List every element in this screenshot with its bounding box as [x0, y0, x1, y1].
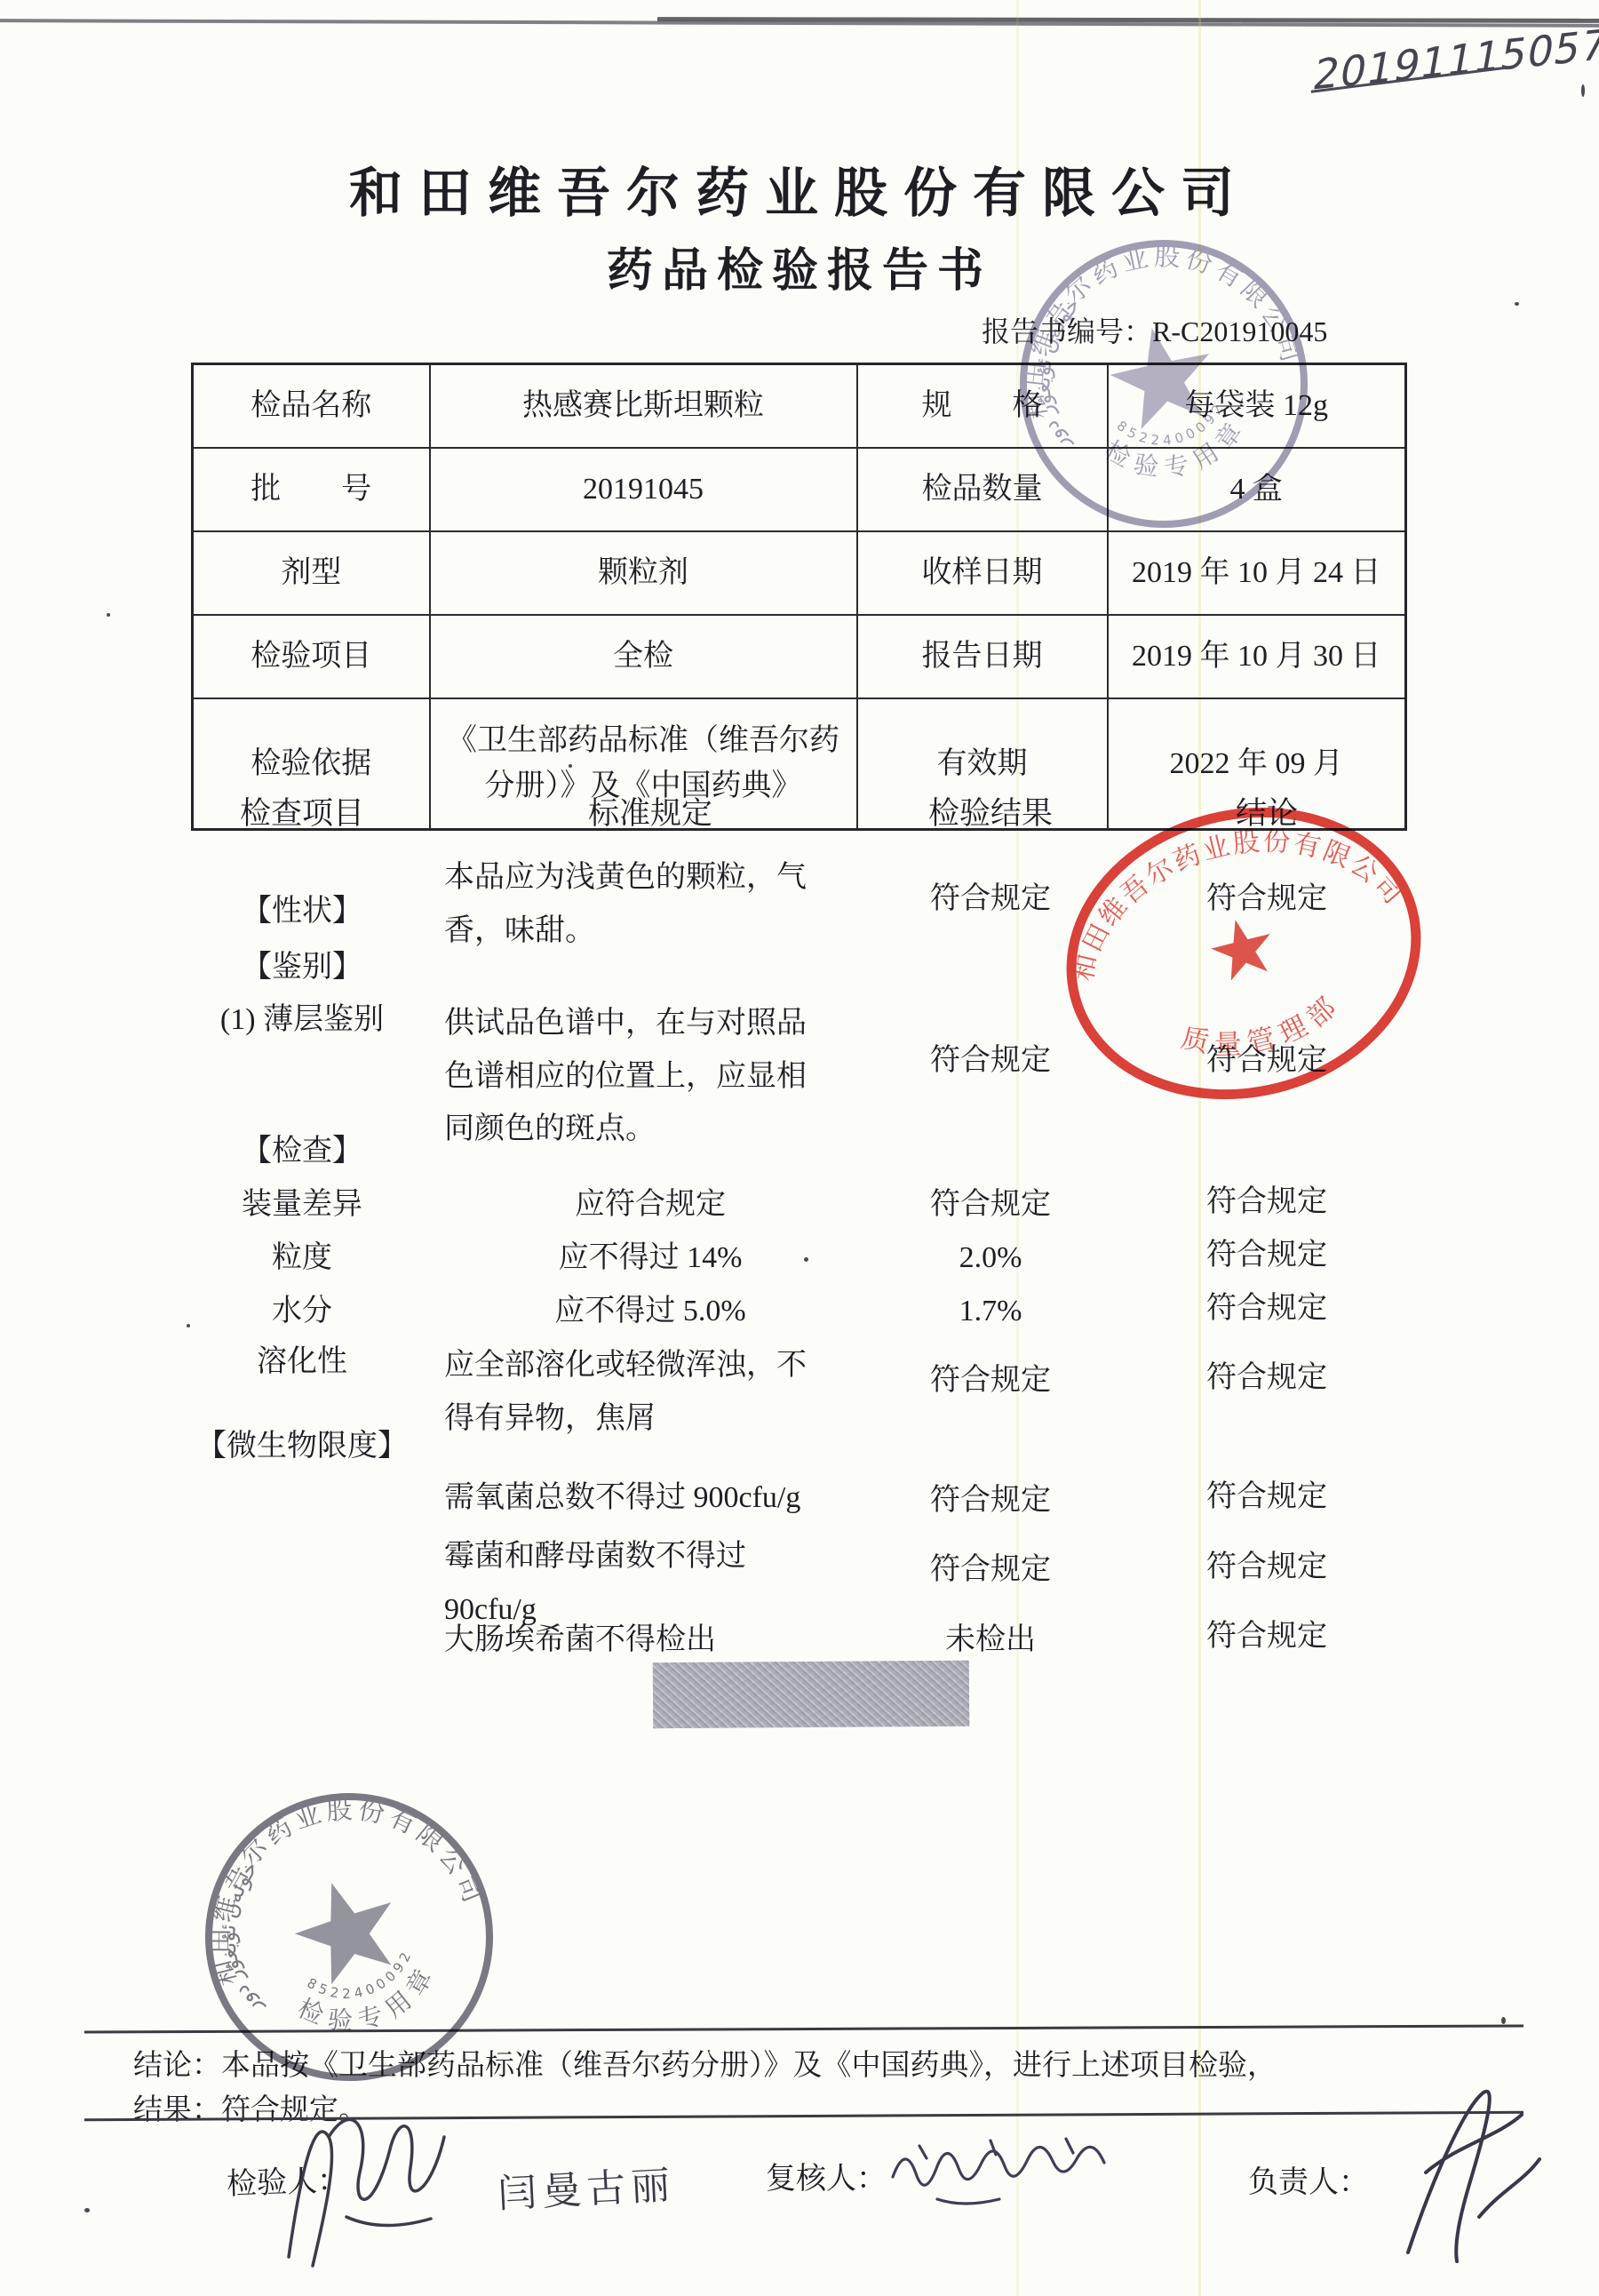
test-conclusion: 符合规定 — [1173, 1179, 1361, 1224]
field-value: 2019 年 10 月 30 日 — [1108, 615, 1406, 698]
field-value: 颗粒剂 — [430, 531, 857, 615]
standard-text: 应全部溶化或轻微浑浊，不 得有异物，焦屑 — [444, 1339, 862, 1445]
field-value: 20191045 — [430, 448, 857, 531]
section-header: 【微生物限度】 — [115, 1423, 489, 1469]
test-result: 符合规定 — [897, 1358, 1084, 1403]
standard-text: 需氧菌总数不得过 900cfu/g — [444, 1475, 862, 1520]
star-icon — [1205, 913, 1278, 984]
reviewer-label: 复核人： — [766, 2154, 887, 2197]
standard-text: 大肠埃希菌不得检出 — [444, 1617, 862, 1662]
stamp-department-text: 质量管理部 — [1172, 983, 1354, 1076]
test-item: 溶化性 — [133, 1339, 471, 1384]
field-label: 报告日期 — [857, 615, 1108, 698]
dust-speck — [107, 613, 110, 617]
dust-speck — [1501, 2017, 1506, 2024]
standard-text: 本品应为浅黄色的颗粒，气 香，味甜。 — [444, 851, 862, 957]
table-row: 检验项目 全检 报告日期 2019 年 10 月 30 日 — [193, 615, 1406, 698]
test-item: 装量差异 — [133, 1182, 471, 1227]
test-conclusion: 符合规定 — [1173, 1614, 1361, 1659]
inspector-handwritten-name: 闫曼古丽 — [496, 2153, 676, 2219]
section-header: 【鉴别】 — [133, 945, 471, 990]
table-row: 剂型 颗粒剂 收样日期 2019 年 10 月 24 日 — [193, 531, 1406, 615]
test-conclusion: 符合规定 — [1173, 1355, 1361, 1400]
column-header-item: 检查项目 — [133, 789, 471, 833]
field-label: 批 号 — [193, 448, 430, 531]
inspector-signature-ink — [266, 2084, 489, 2288]
dust-speck — [1581, 84, 1585, 97]
column-header-result: 检验结果 — [897, 789, 1084, 833]
stamp-purpose-text: 检验专用章 — [1095, 407, 1261, 496]
company-title: 和田维吾尔药业股份有限公司 — [0, 151, 1599, 227]
svg-text:质量管理部: 质量管理部 — [1172, 983, 1354, 1076]
test-item: 粒度 — [133, 1235, 471, 1280]
field-label: 检验项目 — [193, 615, 430, 698]
test-item: (1) 薄层鉴别 — [133, 997, 471, 1042]
reviewer-signature-ink — [884, 2128, 1142, 2217]
test-result: 未检出 — [897, 1617, 1084, 1662]
stamp-company-name: 和田维吾尔药业股份有限公司 — [168, 1758, 489, 1991]
test-result: 符合规定 — [897, 1182, 1084, 1227]
dust-speck — [84, 2208, 90, 2212]
test-result: 符合规定 — [897, 1478, 1084, 1523]
column-header-standard: 标准规定 — [444, 789, 856, 833]
test-item: 水分 — [133, 1288, 471, 1334]
field-label: 检品名称 — [193, 364, 430, 448]
test-result: 1.7% — [897, 1288, 1084, 1334]
standard-text: 应不得过 14% — [444, 1235, 856, 1280]
inspection-seal-stamp-top: 和田维吾尔药业股份有限公司 خوتەن ئۇيغۇر دورا 检验专用章 85… — [984, 204, 1342, 562]
field-value: 2019 年 10 月 24 日 — [1108, 531, 1406, 615]
svg-text:和田维吾尔药业股份有限公司: 和田维吾尔药业股份有限公司 — [168, 1758, 489, 1991]
document-title: 药品检验报告书 — [0, 233, 1599, 299]
redacted-smudge-block — [653, 1661, 970, 1728]
chief-label: 负责人： — [1248, 2157, 1369, 2201]
chief-signature-ink — [1372, 2075, 1550, 2279]
svg-text:检验专用章: 检验专用章 — [287, 1951, 454, 2054]
test-conclusion: 符合规定 — [1173, 1232, 1361, 1278]
stamp-purpose-text: 检验专用章 — [287, 1951, 454, 2054]
dust-speck — [1515, 302, 1519, 306]
test-conclusion: 符合规定 — [1173, 1474, 1361, 1519]
field-value: 热感赛比斯坦颗粒 — [430, 364, 857, 448]
standard-text: 供试品色谱中，在与对照品 色谱相应的位置上，应显相 同颜色的斑点。 — [444, 997, 862, 1156]
svg-text:检验专用章: 检验专用章 — [1095, 407, 1261, 496]
test-result: 2.0% — [897, 1235, 1084, 1280]
standard-text: 应不得过 5.0% — [444, 1288, 856, 1334]
field-value: 全检 — [430, 615, 857, 698]
test-result: 符合规定 — [897, 1547, 1084, 1592]
test-conclusion: 符合规定 — [1173, 1286, 1361, 1331]
field-label: 剂型 — [193, 531, 430, 615]
test-item: 【性状】 — [133, 889, 471, 934]
test-result: 符合规定 — [897, 1038, 1084, 1083]
standard-text: 应符合规定 — [444, 1182, 856, 1227]
test-conclusion: 符合规定 — [1173, 1544, 1361, 1590]
section-header: 【检查】 — [133, 1128, 471, 1174]
